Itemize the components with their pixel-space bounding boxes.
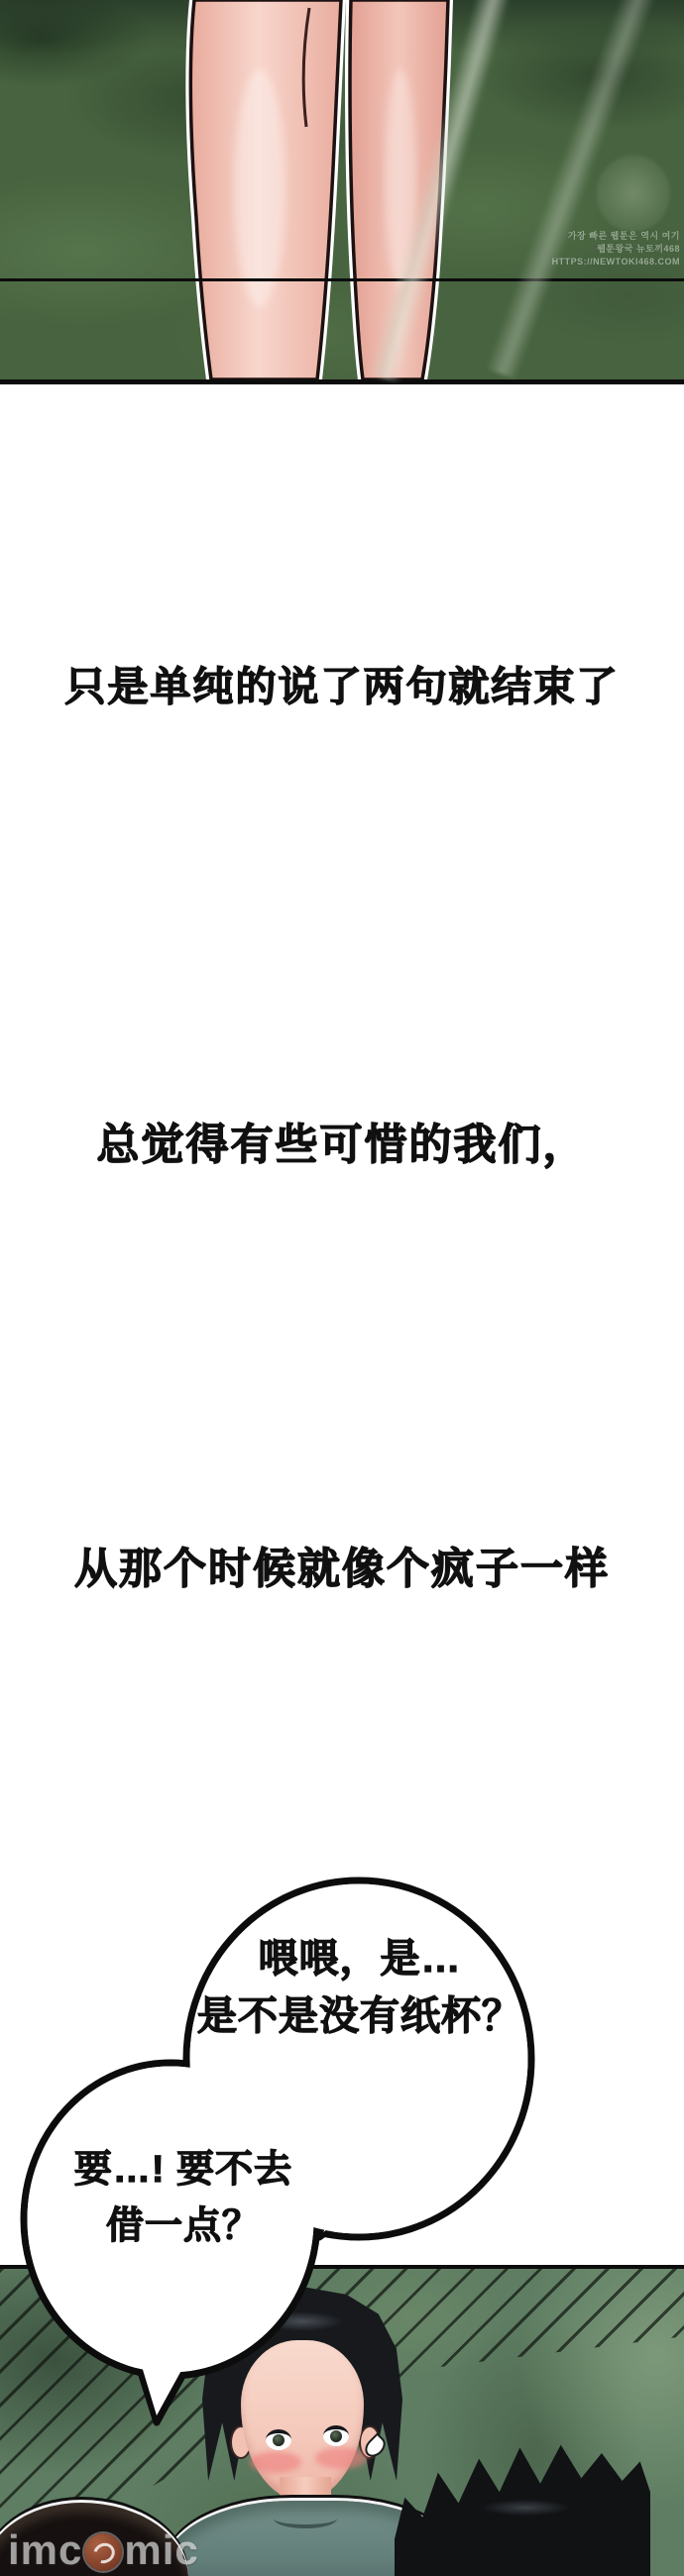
narration-caption-3: 从那个时候就像个疯子一样 — [0, 1536, 684, 1596]
webtoon-page: 가장 빠른 웹툰은 역시 여기 웹툰왕국 뉴토끼468 HTTPS://NEWT… — [0, 0, 684, 2576]
newtoki-watermark-line1: 가장 빠른 웹툰은 역시 여기 — [492, 230, 680, 243]
imcomic-watermark-suffix: mic — [124, 2526, 198, 2574]
left-leg-highlight — [234, 69, 285, 307]
newtoki-watermark-line2: 웹툰왕국 뉴토끼468 — [492, 243, 680, 256]
panel-divider-line — [0, 278, 684, 281]
narration-caption-2: 总觉得有些可惜的我们， — [0, 1112, 684, 1172]
bubble-1-line-1: 喂喂，是… — [176, 1930, 543, 1987]
imcomic-logo-icon — [84, 2533, 122, 2571]
speech-bubble-1-text: 喂喂，是… 是不是没有纸杯？ — [176, 1930, 543, 2045]
bubble-2-line-1: 要…! 要不去 — [30, 2142, 337, 2199]
newtoki-watermark-url: HTTPS://NEWTOKI468.COM — [492, 256, 680, 268]
imcomic-watermark: imc mic — [8, 2526, 199, 2574]
narration-caption-1: 只是单纯的说了两句就结束了 — [0, 654, 684, 712]
second-boy-hair-shine — [466, 2497, 585, 2519]
imcomic-watermark-prefix: imc — [8, 2526, 82, 2574]
newtoki-watermark: 가장 빠른 웹툰은 역시 여기 웹툰왕국 뉴토끼468 HTTPS://NEWT… — [492, 230, 680, 268]
bubble-1-line-2: 是不是没有纸杯？ — [176, 1987, 543, 2045]
speech-bubble-2-text: 要…! 要不去 借一点？ — [30, 2142, 337, 2255]
bubble-2-line-2: 借一点？ — [30, 2199, 337, 2255]
boy-shirt-collar — [274, 2509, 337, 2528]
